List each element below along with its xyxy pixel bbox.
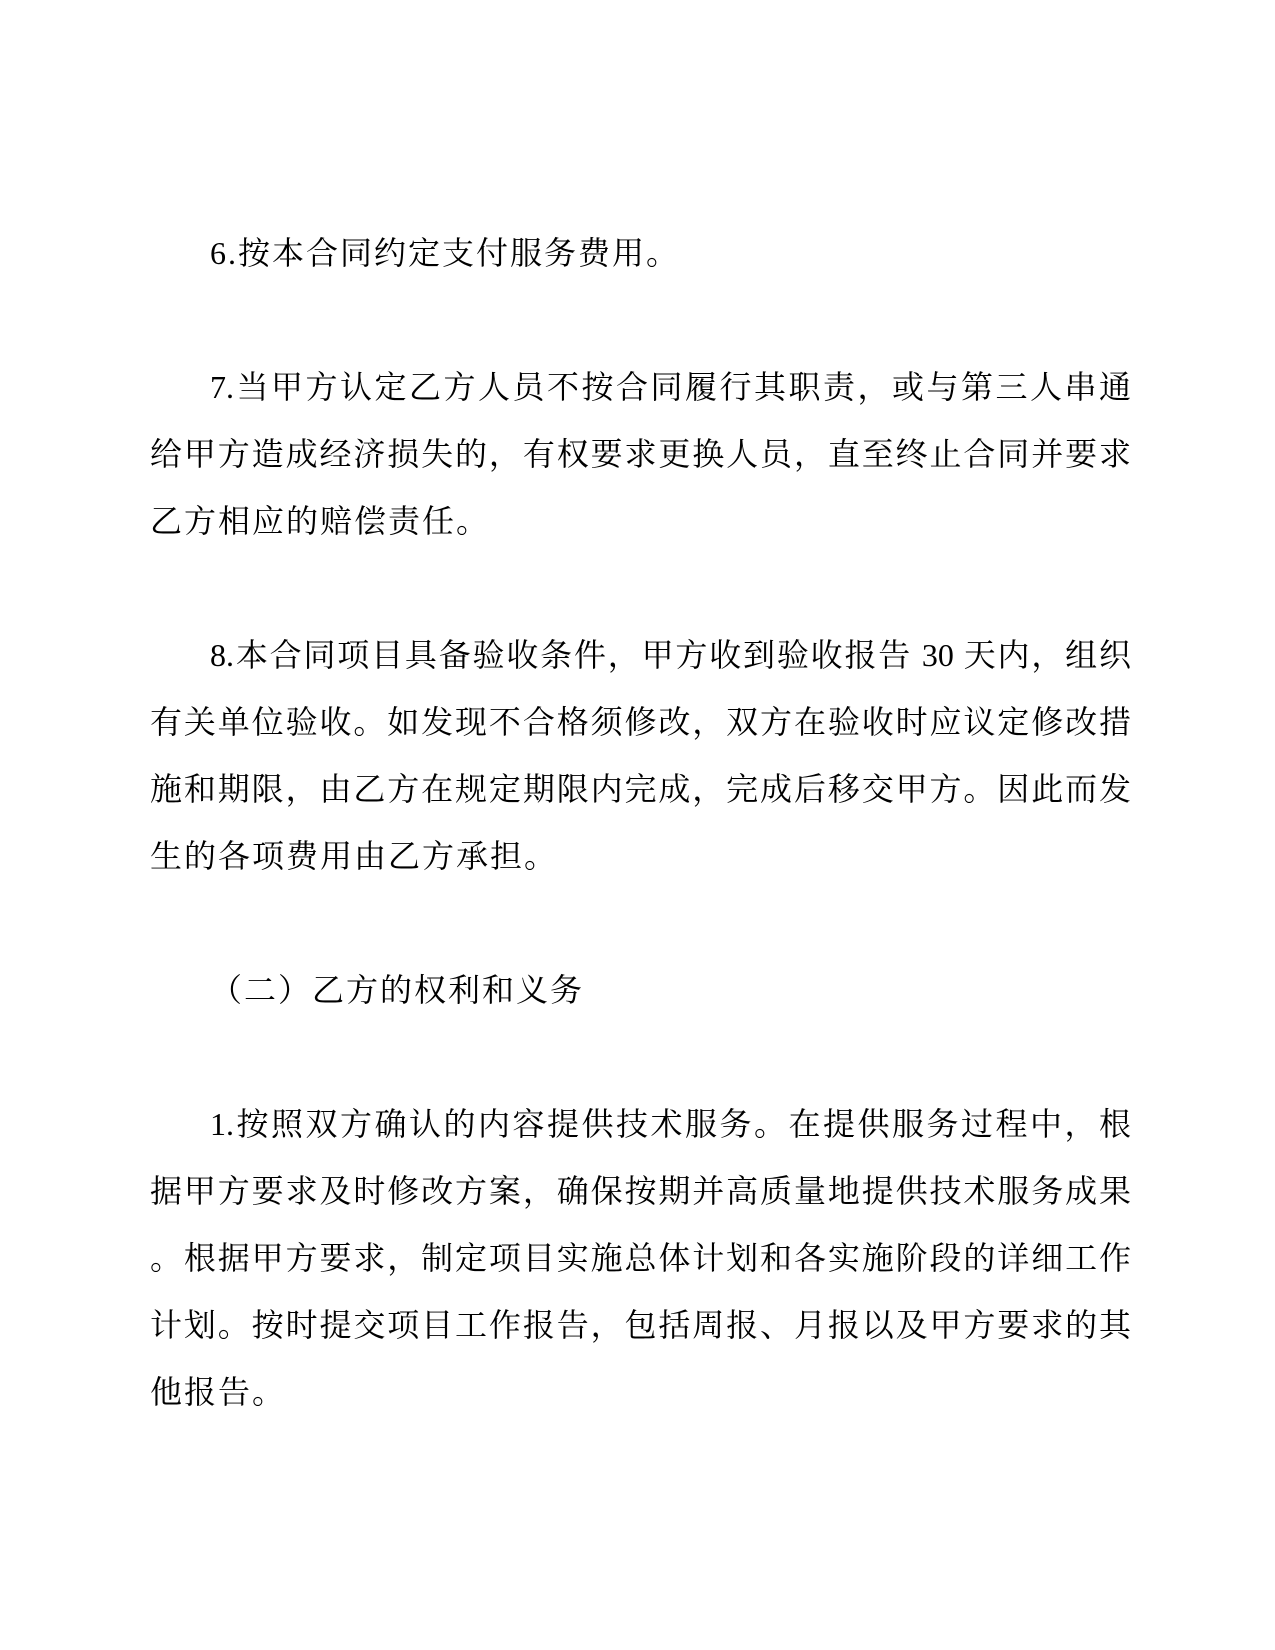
text-line: 6.按本合同约定支付服务费用。 xyxy=(150,220,1131,287)
text-line: 8.本合同项目具备验收条件，甲方收到验收报告 30 天内，组织 xyxy=(150,622,1131,689)
clause-7-paragraph: 7.当甲方认定乙方人员不按合同履行其职责，或与第三人串通 给甲方造成经济损失的，… xyxy=(150,354,1131,555)
text-line: 给甲方造成经济损失的，有权要求更换人员，直至终止合同并要求 xyxy=(150,421,1131,488)
clause-6-paragraph: 6.按本合同约定支付服务费用。 xyxy=(150,220,1131,287)
text-line: 生的各项费用由乙方承担。 xyxy=(150,823,1131,890)
document-page: 6.按本合同约定支付服务费用。 7.当甲方认定乙方人员不按合同履行其职责，或与第… xyxy=(0,0,1275,1650)
text-line: 据甲方要求及时修改方案，确保按期并高质量地提供技术服务成果 xyxy=(150,1158,1131,1225)
text-line: 。根据甲方要求，制定项目实施总体计划和各实施阶段的详细工作 xyxy=(150,1225,1131,1292)
text-line: 乙方相应的赔偿责任。 xyxy=(150,488,1131,555)
text-line: 有关单位验收。如发现不合格须修改，双方在验收时应议定修改措 xyxy=(150,689,1131,756)
text-line: 计划。按时提交项目工作报告，包括周报、月报以及甲方要求的其 xyxy=(150,1292,1131,1359)
section-heading: （二）乙方的权利和义务 xyxy=(150,957,1131,1024)
text-line: 7.当甲方认定乙方人员不按合同履行其职责，或与第三人串通 xyxy=(150,354,1131,421)
clause-8-paragraph: 8.本合同项目具备验收条件，甲方收到验收报告 30 天内，组织 有关单位验收。如… xyxy=(150,622,1131,890)
text-line: 1.按照双方确认的内容提供技术服务。在提供服务过程中，根 xyxy=(150,1091,1131,1158)
text-line: 施和期限，由乙方在规定期限内完成，完成后移交甲方。因此而发 xyxy=(150,756,1131,823)
text-line: 他报告。 xyxy=(150,1359,1131,1426)
section-heading-text: （二）乙方的权利和义务 xyxy=(150,957,1131,1024)
clause-b1-paragraph: 1.按照双方确认的内容提供技术服务。在提供服务过程中，根 据甲方要求及时修改方案… xyxy=(150,1091,1131,1426)
document-text-block: 6.按本合同约定支付服务费用。 7.当甲方认定乙方人员不按合同履行其职责，或与第… xyxy=(150,220,1131,1426)
